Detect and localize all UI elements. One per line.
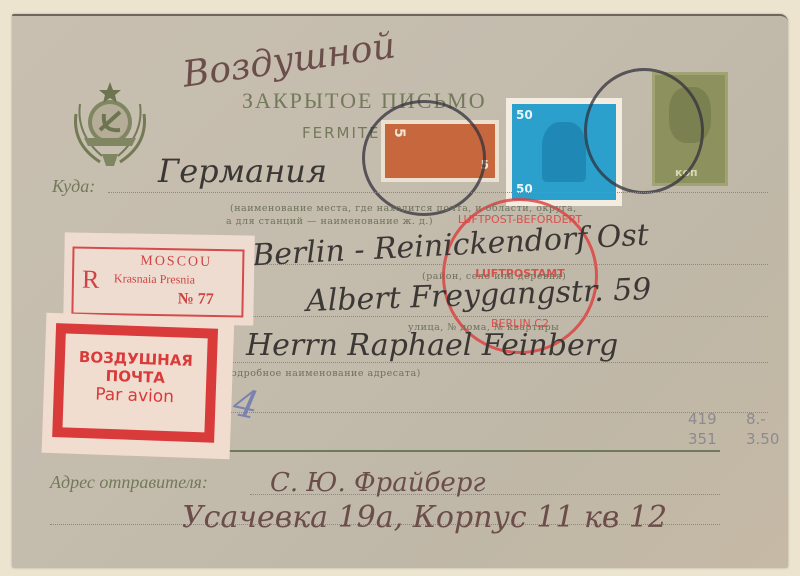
sender-street: Усачевка 19а, Корпус 11 кв 12 xyxy=(182,500,667,535)
moscow-postmark xyxy=(584,68,704,194)
sender-label: Адрес отправителя: xyxy=(50,472,208,493)
pencil-mark: 4 xyxy=(230,380,263,428)
registration-label: R MOSCOU Krasnaia Presnia № 77 xyxy=(63,232,255,325)
pencil-note: 419 xyxy=(688,410,717,428)
pencil-note: 351 xyxy=(688,430,717,448)
to-hint: (наименование места, где находится почта… xyxy=(230,203,577,214)
pencil-note: 3.50 xyxy=(746,430,779,448)
ussr-state-emblem-icon xyxy=(62,74,158,170)
to-label: Куда: xyxy=(52,176,95,197)
address-street: Albert Freygangstr. 59 xyxy=(305,272,651,319)
handwritten-airmail-note: Воздушной xyxy=(180,25,398,95)
addressee-name: Herrn Raphael Feinberg xyxy=(246,328,618,363)
addressee-hint: (подробное наименование адресата) xyxy=(220,368,421,379)
address-country: Германия xyxy=(158,152,327,190)
to-hint: а для станций — наименование ж. д.) xyxy=(226,216,433,227)
sender-name: С. Ю. Фрайберг xyxy=(270,468,486,498)
moscow-postmark xyxy=(362,100,486,216)
airmail-label: ВОЗДУШНАЯ ПОЧТА Par avion xyxy=(42,313,235,459)
postal-envelope: ЗАКРЫТОЕ ПИСЬМО FERMITE Воздушной 5 5 50… xyxy=(12,14,788,568)
pencil-note: 8.- xyxy=(746,410,766,428)
